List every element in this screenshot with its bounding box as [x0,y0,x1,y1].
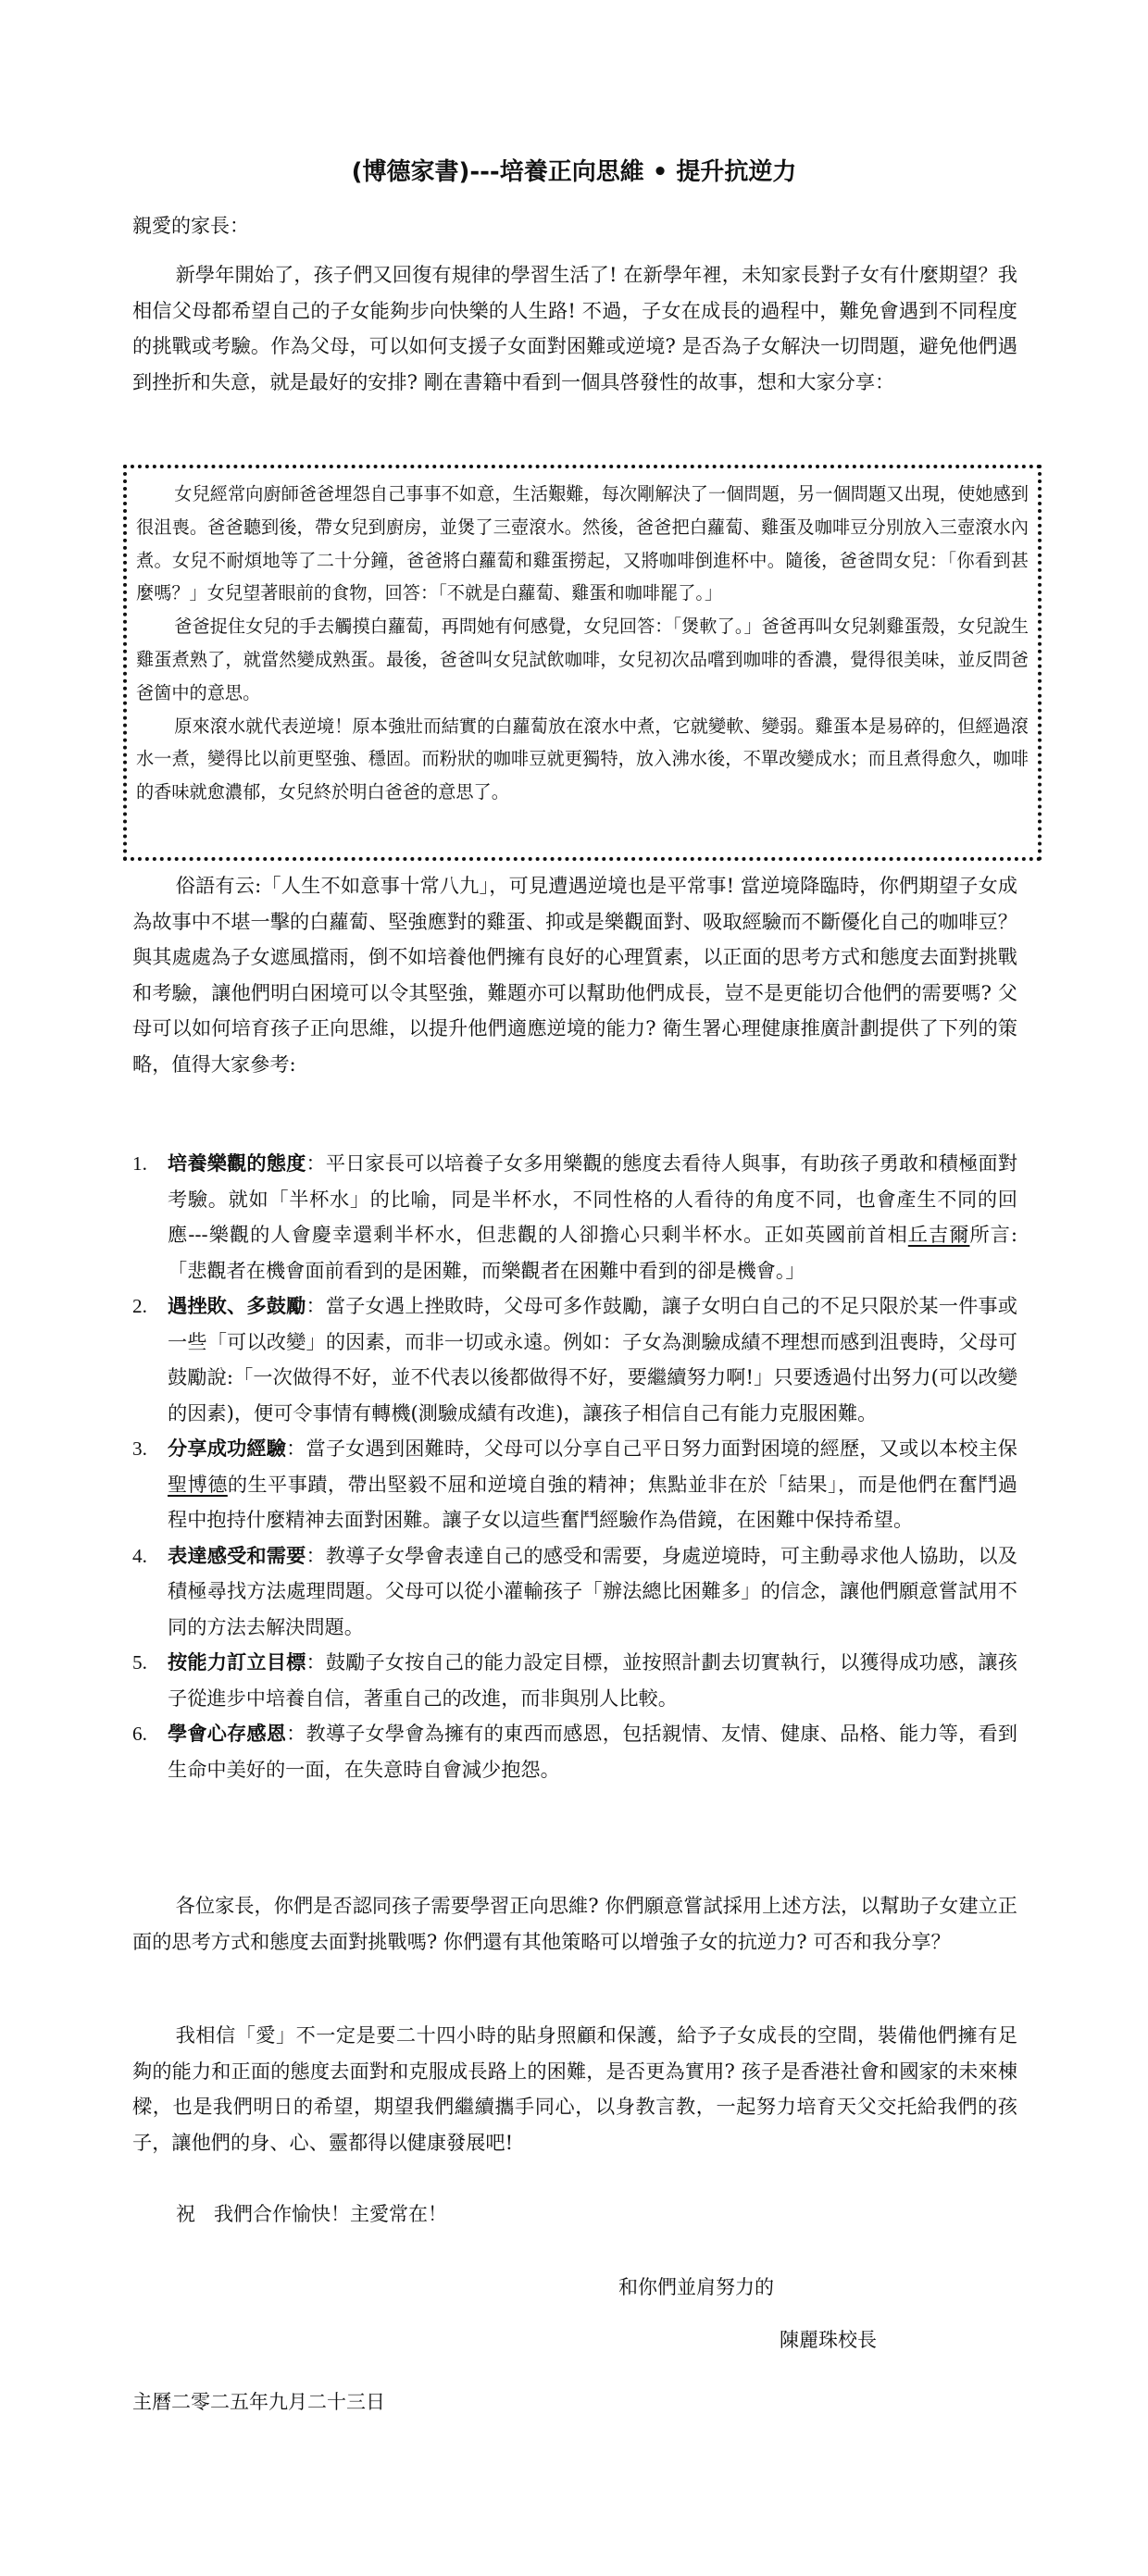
strategy-item: 2.遇挫敗、多鼓勵：當子女遇上挫敗時，父母可多作鼓勵，讓子女明白自己的不足只限於… [132,1288,1017,1431]
strategy-number: 3. [132,1431,147,1467]
strategy-number: 4. [132,1538,147,1574]
reflection-paragraph: 俗語有云:「人生不如意事十常八九」，可見遭遇逆境也是平常事! 當逆境降臨時，你們… [132,868,1017,1082]
question-paragraph: 各位家長，你們是否認同孩子需要學習正向思維? 你們願意嘗試採用上述方法，以幫助子… [132,1888,1017,1960]
strategy-text: ：當子女遇到困難時，父母可以分享自己平日努力面對困境的經歷，又或以本校主保 [286,1437,1017,1460]
sign-off-line: 和你們並肩努力的 [618,2271,774,2304]
intro-paragraph: 新學年開始了，孩子們又回復有規律的學習生活了! 在新學年裡，未知家長對子女有什麼… [132,257,1017,400]
strategy-number: 2. [132,1288,147,1325]
strategy-text: 的生平事蹟，帶出堅毅不屈和逆境自強的精神；焦點並非在於「結果」，而是他們在奮鬥過… [168,1473,1017,1532]
strategy-text: ：教導子女學會為擁有的東西而感恩，包括親情、友情、健康、品格、能力等，看到生命中… [168,1722,1017,1781]
strategy-item: 1.培養樂觀的態度：平日家長可以培養子女多用樂觀的態度去看待人與事，有助孩子勇敢… [132,1146,1017,1288]
strategy-item: 4.表達感受和需要：教導子女學會表達自己的感受和需要，身處逆境時，可主動尋求他人… [132,1538,1017,1646]
strategy-item: 6.學會心存感恩：教導子女學會為擁有的東西而感恩，包括親情、友情、健康、品格、能… [132,1716,1017,1787]
strategy-number: 1. [132,1146,147,1182]
strategy-item: 3.分享成功經驗：當子女遇到困難時，父母可以分享自己平日努力面對困境的經歷，又或… [132,1431,1017,1538]
story-paragraph: 女兒經常向廚師爸爸埋怨自己事事不如意，生活艱難，每次剛解決了一個問題，另一個問題… [136,478,1029,610]
strategy-heading: 培養樂觀的態度 [168,1151,306,1175]
strategy-number: 5. [132,1645,147,1681]
strategy-heading: 遇挫敗、多鼓勵 [168,1294,306,1317]
underlined-name: 聖博德 [168,1473,228,1496]
strategy-number: 6. [132,1716,147,1752]
strategy-list: 1.培養樂觀的態度：平日家長可以培養子女多用樂觀的態度去看待人與事，有助孩子勇敢… [132,1146,1017,1787]
letter-title: (博德家書)---培養正向思維 • 提升抗逆力 [0,156,1148,189]
story-paragraph: 原來滾水就代表逆境！原本強壯而結實的白蘿蔔放在滾水中煮，它就變軟、變弱。雞蛋本是… [136,710,1029,809]
letter-date: 主曆二零二五年九月二十三日 [132,2385,385,2419]
salutation: 親愛的家長： [132,209,249,243]
closing-paragraph: 我相信「愛」不一定是要二十四小時的貼身照顧和保護，給予子女成長的空間，裝備他們擁… [132,2018,1017,2160]
strategy-heading: 表達感受和需要 [168,1544,306,1567]
strategy-heading: 按能力訂立目標 [168,1650,306,1674]
strategy-heading: 分享成功經驗 [168,1437,286,1460]
letter-page: (博德家書)---培養正向思維 • 提升抗逆力 親愛的家長： 新學年開始了，孩子… [0,0,1148,2576]
strategy-item: 5.按能力訂立目標：鼓勵子女按自己的能力設定目標，並按照計劃去切實執行，以獲得成… [132,1645,1017,1716]
strategy-heading: 學會心存感恩 [168,1722,286,1745]
story-box: 女兒經常向廚師爸爸埋怨自己事事不如意，生活艱難，每次剛解決了一個問題，另一個問題… [123,465,1042,861]
signer-name: 陳麗珠校長 [780,2323,877,2357]
blessing: 祝 我們合作愉快！主愛常在！ [176,2197,447,2231]
story-paragraph: 爸爸捉住女兒的手去觸摸白蘿蔔，再問她有何感覺，女兒回答：「煲軟了。」爸爸再叫女兒… [136,610,1029,709]
underlined-name: 丘吉爾 [908,1223,970,1246]
